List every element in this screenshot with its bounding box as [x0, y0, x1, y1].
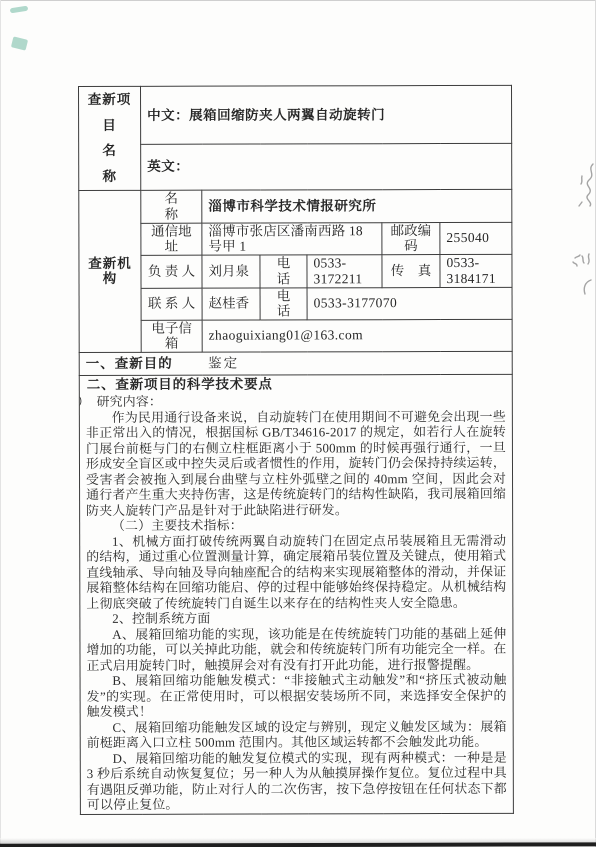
- project-name-header-line2: 名 称: [85, 138, 134, 189]
- paragraph-research-content: ） 研究内容：: [79, 394, 506, 411]
- email-value: zhaoguixiang01@163.com: [202, 319, 512, 352]
- margin-handwriting-scribble: [569, 162, 596, 302]
- principal-name: 刘月泉: [202, 255, 260, 288]
- contact-phone-label: 电 话: [260, 287, 307, 319]
- cell-english-name: 英文：: [141, 143, 512, 190]
- address-label: 通信地址: [141, 223, 202, 255]
- contact-label: 联 系 人: [141, 288, 202, 320]
- paragraph-control-system-heading: 2、控制系统方面: [86, 611, 506, 628]
- scan-edge-left: [0, 0, 1, 847]
- paragraph-intro: 作为民用通行设备来说，自动旋转门在使用期间不可避免会出现一些非正常出入的情况，根…: [86, 410, 506, 520]
- principal-phone-value: 0533-3172211: [307, 254, 382, 287]
- email-label: 电子信箱: [141, 320, 202, 352]
- cell-tech-points: 二、查新项目的科学技术要点 ） 研究内容： 作为民用通行设备来说，自动旋转门在使…: [79, 374, 513, 814]
- scan-edge-bottom: [0, 842, 596, 847]
- contact-name: 赵桂香: [202, 288, 260, 320]
- paragraph-function-c: C、展箱回缩功能触发区域的设定与辨别，现定义触发区域为：展箱前梃距离入口立柱 5…: [87, 720, 507, 752]
- cell-agency-header: 查新机构: [79, 190, 141, 352]
- tech-points-title: 二、查新项目的科学技术要点: [87, 376, 506, 393]
- cell-project-name-header: 查新项目 名 称: [79, 86, 141, 190]
- paragraph-function-b: B、展箱回缩功能触发模式：“非接触式主动触发”和“挤压式被动触发”的实现。在正常…: [87, 673, 507, 721]
- english-name-label: 英文：: [147, 159, 189, 174]
- cell-search-purpose: 一、查新目的 鉴定: [79, 351, 512, 375]
- cell-chinese-name: 中文：展箱回缩防夹人两翼自动旋转门: [141, 85, 512, 144]
- tech-points-body: ） 研究内容： 作为民用通行设备来说，自动旋转门在使用期间不可避免会出现一些非正…: [86, 394, 507, 814]
- paragraph-function-a: A、展箱回缩功能的实现，该功能是在传统旋转门功能的基础上延伸增加的功能，可以关掉…: [86, 627, 506, 675]
- agency-name-value: 淄博市科学技术情报研究所: [202, 189, 512, 223]
- paragraph-mechanical: 1、机械方面打破传统两翼自动旋转门在固定点吊装展箱且无需滑动的结构，通过重心位置…: [86, 534, 506, 613]
- chinese-name-value: 展箱回缩防夹人两翼自动旋转门: [189, 107, 385, 123]
- green-pen-mark: [10, 6, 29, 14]
- paragraph-function-d: D、展箱回缩功能的触发复位模式的实现，现有两种模式：一种是是 3 秒后系统自动恢…: [87, 751, 507, 814]
- address-value: 淄博市张店区潘南西路 18 号甲 1: [202, 222, 382, 255]
- project-name-header-line1: 查新项目: [85, 87, 134, 138]
- principal-phone-label: 电 话: [260, 254, 307, 287]
- search-purpose-value: 鉴定: [208, 355, 239, 370]
- novelty-search-form-table: 查新项目 名 称 中文：展箱回缩防夹人两翼自动旋转门 英文： 查新机构 名 称 …: [78, 85, 514, 815]
- green-pen-mark: [11, 36, 28, 50]
- postcode-label: 邮政编码: [382, 222, 440, 254]
- fax-value: 0533-3184171: [440, 254, 512, 287]
- paragraph-tech-indicators-heading: （二）主要技术指标：: [86, 518, 506, 535]
- postcode-value: 255040: [440, 222, 512, 254]
- principal-label: 负 责 人: [141, 255, 202, 288]
- agency-name-label: 名 称: [141, 190, 202, 223]
- chinese-name-label: 中文：: [147, 107, 189, 122]
- fax-label: 传 真: [382, 254, 440, 287]
- scan-edge-top: [0, 0, 596, 1]
- contact-phone-value: 0533-3177070: [307, 287, 512, 320]
- search-purpose-title: 一、查新目的: [86, 356, 173, 371]
